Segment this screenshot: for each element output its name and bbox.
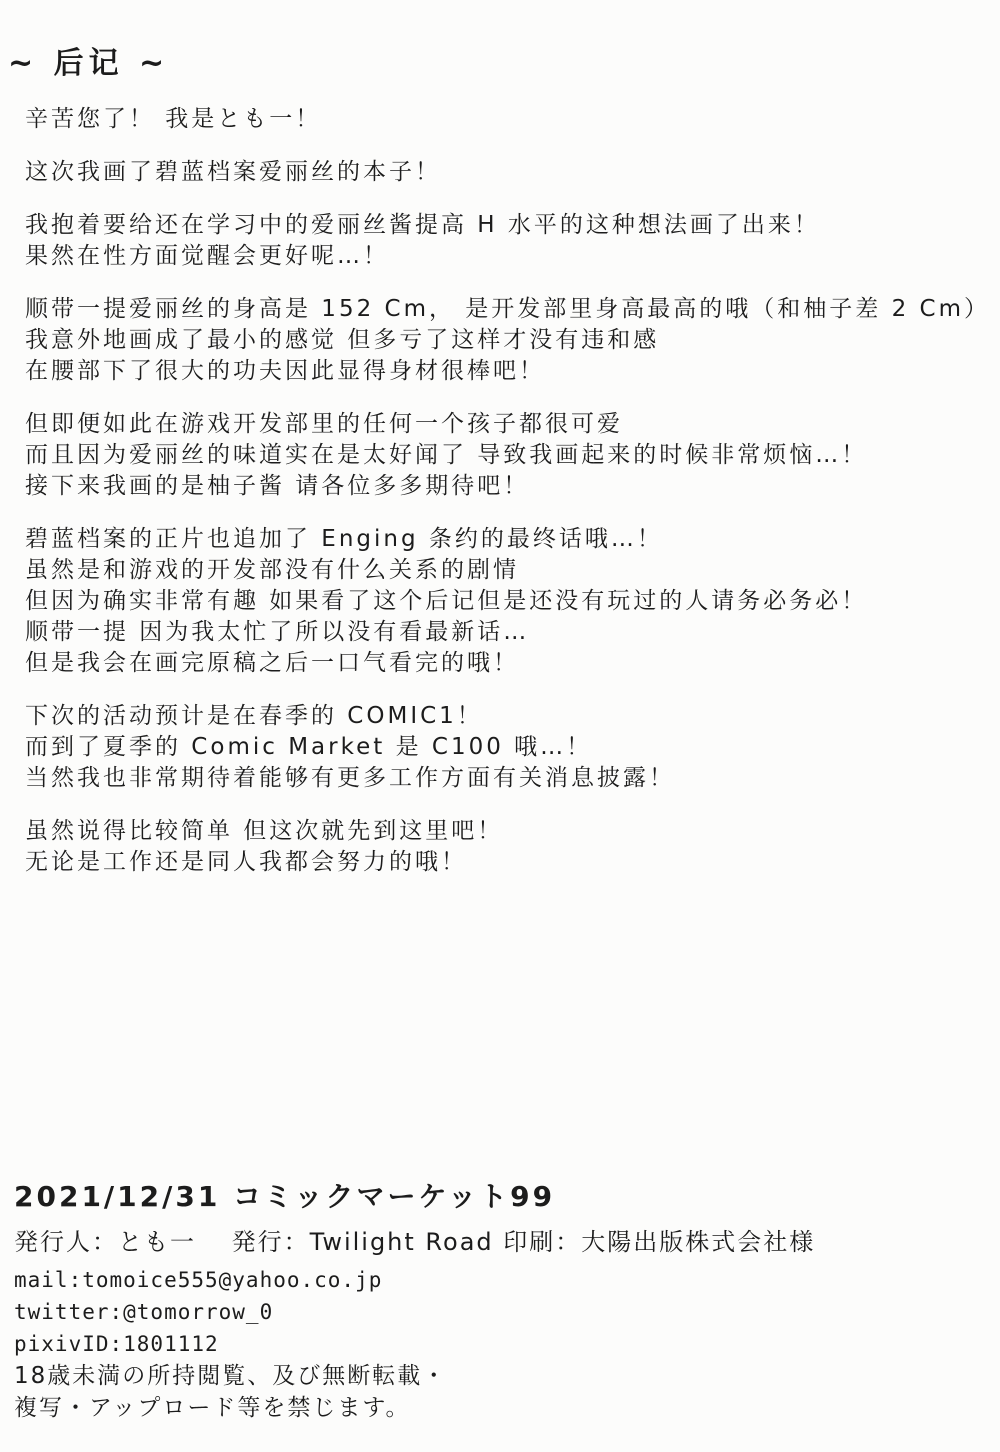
text-line: 我抱着要给还在学习中的爱丽丝酱提高 H 水平的这种想法画了出来！ <box>25 210 995 241</box>
page-title: ~ 后记 ~ <box>8 38 169 82</box>
colophon: 2021/12/31 コミックマーケット99 発行人：とも一 発行：Twilig… <box>14 1180 995 1424</box>
text-line: 这次我画了碧蓝档案爱丽丝的本子！ <box>25 157 995 188</box>
twitter-line: twitter:@tomorrow_0 <box>14 1296 995 1328</box>
notice-line-2: 複写・アップロード等を禁じます。 <box>14 1392 995 1424</box>
text-line: 但因为确实非常有趣 如果看了这个后记但是还没有玩过的人请务必务必！ <box>25 586 995 617</box>
text-line: 而且因为爱丽丝的味道实在是太好闻了 导致我画起来的时候非常烦恼…！ <box>25 440 995 471</box>
text-line: 虽然说得比较简单 但这次就先到这里吧！ <box>25 816 995 847</box>
text-line: 顺带一提 因为我太忙了所以没有看最新话… <box>25 617 995 648</box>
text-line: 虽然是和游戏的开发部没有什么关系的剧情 <box>25 555 995 586</box>
publisher-line: 発行人：とも一 発行：Twilight Road 印刷：大陽出版株式会社様 <box>14 1227 995 1257</box>
text-line: 我意外地画成了最小的感觉 但多亏了这样才没有违和感 <box>25 325 995 356</box>
paragraph-closing: 虽然说得比较简单 但这次就先到这里吧！ 无论是工作还是同人我都会努力的哦！ <box>25 816 995 878</box>
text-line: 但是我会在画完原稿之后一口气看完的哦！ <box>25 648 995 679</box>
text-line: 而到了夏季的 Comic Market 是 C100 哦…！ <box>25 732 995 763</box>
paragraph-greeting: 辛苦您了！ 我是とも一！ <box>25 104 995 135</box>
pixiv-line: pixivID:1801112 <box>14 1328 995 1360</box>
paragraph-devdept: 但即便如此在游戏开发部里的任何一个孩子都很可爱 而且因为爱丽丝的味道实在是太好闻… <box>25 409 995 502</box>
mail-line: mail:tomoice555@yahoo.co.jp <box>14 1264 995 1296</box>
paragraph-story: 碧蓝档案的正片也追加了 Enging 条约的最终话哦…！ 虽然是和游戏的开发部没… <box>25 524 995 679</box>
notice-line-1: 18歳未満の所持閲覧、及び無断転載・ <box>14 1360 995 1392</box>
paragraph-book-intro: 这次我画了碧蓝档案爱丽丝的本子！ <box>25 157 995 188</box>
text-line: 果然在性方面觉醒会更好呢…！ <box>25 241 995 272</box>
afterword-page: ~ 后记 ~ 辛苦您了！ 我是とも一！ 这次我画了碧蓝档案爱丽丝的本子！ 我抱着… <box>0 0 1000 1452</box>
text-line: 碧蓝档案的正片也追加了 Enging 条约的最终话哦…！ <box>25 524 995 555</box>
afterword-body: 辛苦您了！ 我是とも一！ 这次我画了碧蓝档案爱丽丝的本子！ 我抱着要给还在学习中… <box>25 104 995 900</box>
text-line: 接下来我画的是柚子酱 请各位多多期待吧！ <box>25 471 995 502</box>
text-line: 当然我也非常期待着能够有更多工作方面有关消息披露！ <box>25 763 995 794</box>
text-line: 在腰部下了很大的功夫因此显得身材很棒吧！ <box>25 356 995 387</box>
text-line: 但即便如此在游戏开发部里的任何一个孩子都很可爱 <box>25 409 995 440</box>
text-line: 辛苦您了！ 我是とも一！ <box>25 104 995 135</box>
paragraph-height: 顺带一提爱丽丝的身高是 152 Cm， 是开发部里身高最高的哦（和柚子差 2 C… <box>25 294 995 387</box>
event-date-line: 2021/12/31 コミックマーケット99 <box>14 1180 995 1214</box>
paragraph-concept: 我抱着要给还在学习中的爱丽丝酱提高 H 水平的这种想法画了出来！ 果然在性方面觉… <box>25 210 995 272</box>
text-line: 顺带一提爱丽丝的身高是 152 Cm， 是开发部里身高最高的哦（和柚子差 2 C… <box>25 294 995 325</box>
text-line: 无论是工作还是同人我都会努力的哦！ <box>25 847 995 878</box>
paragraph-next-events: 下次的活动预计是在春季的 COMIC1！ 而到了夏季的 Comic Market… <box>25 701 995 794</box>
text-line: 下次的活动预计是在春季的 COMIC1！ <box>25 701 995 732</box>
